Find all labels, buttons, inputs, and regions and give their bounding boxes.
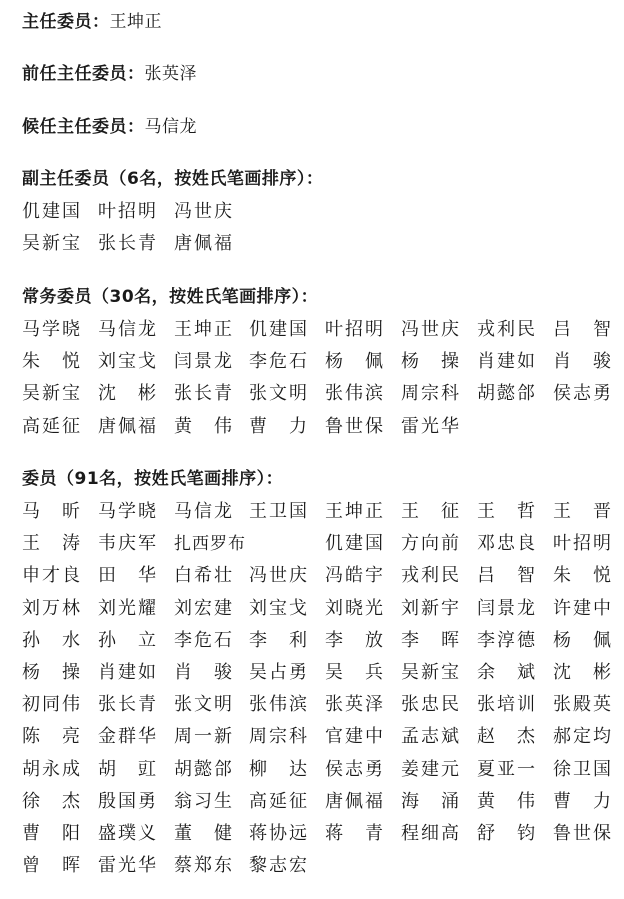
person-name: 叶招明 — [325, 318, 383, 342]
name-row: 初同伟张长青张文明张伟滨张英泽张忠民张培训张殿英 — [22, 693, 622, 717]
person-name: 马信龙 — [98, 318, 156, 342]
person-name: 李利 — [249, 629, 307, 653]
person-name: 胡豇 — [98, 758, 156, 782]
person-name: 吴兵 — [325, 661, 383, 685]
person-name: 张长青 — [98, 232, 156, 256]
person-name: 沈彬 — [98, 382, 156, 406]
person-name: 白希壮 — [174, 564, 232, 588]
person-name: 李危石 — [174, 629, 232, 653]
person-name: 王哲 — [477, 500, 535, 524]
person-name: 王晋 — [553, 500, 611, 524]
name-row: 胡永成胡豇胡懿郃柳达侯志勇姜建元夏亚一徐卫国 — [22, 758, 622, 782]
person-name: 肖骏 — [174, 661, 232, 685]
person-name: 李危石 — [249, 350, 307, 374]
person-name: 殷国勇 — [98, 790, 156, 814]
person-name: 吴新宝 — [401, 661, 459, 685]
person-name: 张文明 — [249, 382, 307, 406]
person-name: 海涌 — [401, 790, 459, 814]
name-row: 曾晖雷光华蔡郑东黎志宏 — [22, 854, 622, 878]
person-name: 李淳德 — [477, 629, 535, 653]
name-row: 刘万林刘光耀刘宏建刘宝戈刘晓光刘新宇闫景龙许建中 — [22, 597, 622, 621]
person-name: 徐杰 — [22, 790, 80, 814]
chair-elect-name: 马信龙 — [145, 117, 198, 137]
former-chair-name: 张英泽 — [145, 64, 198, 84]
person-name: 刘新宇 — [401, 597, 459, 621]
person-name: 高延征 — [22, 415, 80, 439]
name-row: 吴新宝张长青唐佩福 — [22, 232, 622, 256]
person-name: 曹力 — [249, 415, 307, 439]
person-name: 冯世庆 — [401, 318, 459, 342]
vice-chairs-heading: 副主任委员（6名，按姓氏笔画排序）： — [22, 168, 323, 190]
person-name: 刘光耀 — [98, 597, 156, 621]
person-name: 周宗科 — [249, 725, 307, 749]
person-name: 张伟滨 — [325, 382, 383, 406]
name-row: 马学晓马信龙王坤正仉建国叶招明冯世庆戎利民吕智 — [22, 318, 622, 342]
person-name: 刘宝戈 — [98, 350, 156, 374]
former-chair-line: 前任主任委员：张英泽 — [22, 63, 197, 85]
person-name: 胡永成 — [22, 758, 80, 782]
name-row: 申才良田华白希壮冯世庆冯皓宇戎利民吕智朱悦 — [22, 564, 622, 588]
person-name: 方向前 — [401, 532, 459, 556]
person-name: 翁习生 — [174, 790, 232, 814]
person-name: 王卫国 — [249, 500, 307, 524]
chair-elect-line: 候任主任委员：马信龙 — [22, 116, 197, 138]
person-name: 孙水 — [22, 629, 80, 653]
person-name: 冯世庆 — [249, 564, 307, 588]
person-name: 许建中 — [553, 597, 611, 621]
person-name: 杨佩 — [325, 350, 383, 374]
person-name: 叶招明 — [553, 532, 611, 556]
person-name: 仉建国 — [325, 532, 383, 556]
name-row: 孙水孙立李危石李利李放李晖李淳德杨佩 — [22, 629, 622, 653]
name-row: 马昕马学晓马信龙王卫国王坤正王征王哲王晋 — [22, 500, 622, 524]
person-name: 吴占勇 — [249, 661, 307, 685]
person-name: 蒋青 — [325, 822, 383, 846]
person-name: 王坤正 — [325, 500, 383, 524]
person-name: 周宗科 — [401, 382, 459, 406]
name-row: 陈亮金群华周一新周宗科官建中孟志斌赵杰郝定均 — [22, 725, 622, 749]
person-name: 初同伟 — [22, 693, 80, 717]
person-name: 张长青 — [174, 382, 232, 406]
person-name: 叶招明 — [98, 200, 156, 224]
chair-line: 主任委员：王坤正 — [22, 11, 162, 33]
person-name: 舒钧 — [477, 822, 535, 846]
person-name: 田华 — [98, 564, 156, 588]
person-name: 郝定均 — [553, 725, 611, 749]
person-name: 王征 — [401, 500, 459, 524]
name-row: 吴新宝沈彬张长青张文明张伟滨周宗科胡懿郃侯志勇 — [22, 382, 622, 406]
person-name: 冯世庆 — [174, 200, 232, 224]
person-name: 张伟滨 — [249, 693, 307, 717]
person-name: 程细高 — [401, 822, 459, 846]
person-name: 李放 — [325, 629, 383, 653]
person-name: 姜建元 — [401, 758, 459, 782]
person-name: 王涛 — [22, 532, 80, 556]
person-name: 闫景龙 — [477, 597, 535, 621]
name-row: 曹阳盛璞义董健蒋协远蒋青程细高舒钧鲁世保 — [22, 822, 622, 846]
person-name: 高延征 — [249, 790, 307, 814]
person-name: 蒋协远 — [249, 822, 307, 846]
person-name: 胡懿郃 — [174, 758, 232, 782]
person-name: 马信龙 — [174, 500, 232, 524]
person-name: 官建中 — [325, 725, 383, 749]
person-name: 黄伟 — [477, 790, 535, 814]
person-name: 仉建国 — [249, 318, 307, 342]
person-name: 孟志斌 — [401, 725, 459, 749]
person-name: 盛璞义 — [98, 822, 156, 846]
person-name: 唐佩福 — [174, 232, 232, 256]
person-name: 吕智 — [553, 318, 611, 342]
person-name: 沈彬 — [553, 661, 611, 685]
person-name: 陈亮 — [22, 725, 80, 749]
person-name: 刘晓光 — [325, 597, 383, 621]
person-name: 肖建如 — [477, 350, 535, 374]
person-name: 申才良 — [22, 564, 80, 588]
chair-label: 主任委员： — [22, 12, 110, 32]
person-name: 徐卫国 — [553, 758, 611, 782]
person-name: 张忠民 — [401, 693, 459, 717]
person-name: 董健 — [174, 822, 232, 846]
person-name: 朱悦 — [22, 350, 80, 374]
person-name: 蔡郑东 — [174, 854, 232, 878]
person-name: 黎志宏 — [249, 854, 307, 878]
person-name: 王坤正 — [174, 318, 232, 342]
person-name: 侯志勇 — [325, 758, 383, 782]
person-name: 曹阳 — [22, 822, 80, 846]
members-heading: 委员（91名，按姓氏笔画排序）： — [22, 468, 283, 490]
name-row: 杨操肖建如肖骏吴占勇吴兵吴新宝余斌沈彬 — [22, 661, 622, 685]
chair-name: 王坤正 — [110, 12, 163, 32]
person-name: 仉建国 — [22, 200, 80, 224]
person-name: 吴新宝 — [22, 382, 80, 406]
person-name: 扎西罗布 — [174, 532, 264, 556]
person-name: 闫景龙 — [174, 350, 232, 374]
person-name: 刘万林 — [22, 597, 80, 621]
person-name: 吕智 — [477, 564, 535, 588]
person-name: 曹力 — [553, 790, 611, 814]
person-name: 马学晓 — [98, 500, 156, 524]
person-name: 戎利民 — [401, 564, 459, 588]
person-name: 张培训 — [477, 693, 535, 717]
person-name: 周一新 — [174, 725, 232, 749]
person-name: 刘宏建 — [174, 597, 232, 621]
person-name: 黄伟 — [174, 415, 232, 439]
person-name: 马学晓 — [22, 318, 80, 342]
person-name: 戎利民 — [477, 318, 535, 342]
person-name: 肖建如 — [98, 661, 156, 685]
former-chair-label: 前任主任委员： — [22, 64, 145, 84]
person-name: 胡懿郃 — [477, 382, 535, 406]
person-name: 余斌 — [477, 661, 535, 685]
person-name: 肖骏 — [553, 350, 611, 374]
person-name: 孙立 — [98, 629, 156, 653]
person-name: 张长青 — [98, 693, 156, 717]
name-row: 高延征唐佩福黄伟曹力鲁世保雷光华 — [22, 415, 622, 439]
person-name: 张文明 — [174, 693, 232, 717]
person-name: 唐佩福 — [98, 415, 156, 439]
person-name: 侯志勇 — [553, 382, 611, 406]
person-name: 冯皓宇 — [325, 564, 383, 588]
person-name: 张殿英 — [553, 693, 611, 717]
person-name: 夏亚一 — [477, 758, 535, 782]
person-name: 吴新宝 — [22, 232, 80, 256]
person-name: 雷光华 — [401, 415, 459, 439]
person-name: 李晖 — [401, 629, 459, 653]
person-name: 张英泽 — [325, 693, 383, 717]
person-name: 杨操 — [401, 350, 459, 374]
person-name: 雷光华 — [98, 854, 156, 878]
name-row: 朱悦刘宝戈闫景龙李危石杨佩杨操肖建如肖骏 — [22, 350, 622, 374]
person-name: 鲁世保 — [325, 415, 383, 439]
person-name: 韦庆军 — [98, 532, 156, 556]
person-name: 赵杰 — [477, 725, 535, 749]
person-name: 邓忠良 — [477, 532, 535, 556]
chair-elect-label: 候任主任委员： — [22, 117, 145, 137]
person-name: 金群华 — [98, 725, 156, 749]
person-name: 唐佩福 — [325, 790, 383, 814]
person-name: 鲁世保 — [553, 822, 611, 846]
person-name: 马昕 — [22, 500, 80, 524]
name-row: 徐杰殷国勇翁习生高延征唐佩福海涌黄伟曹力 — [22, 790, 622, 814]
person-name: 柳达 — [249, 758, 307, 782]
person-name: 朱悦 — [553, 564, 611, 588]
person-name: 刘宝戈 — [249, 597, 307, 621]
standing-members-heading: 常务委员（30名，按姓氏笔画排序）： — [22, 286, 318, 308]
name-row: 王涛韦庆军扎西罗布仉建国方向前邓忠良叶招明 — [22, 532, 622, 556]
person-name: 曾晖 — [22, 854, 80, 878]
person-name: 杨佩 — [553, 629, 611, 653]
name-row: 仉建国叶招明冯世庆 — [22, 200, 622, 224]
person-name: 杨操 — [22, 661, 80, 685]
